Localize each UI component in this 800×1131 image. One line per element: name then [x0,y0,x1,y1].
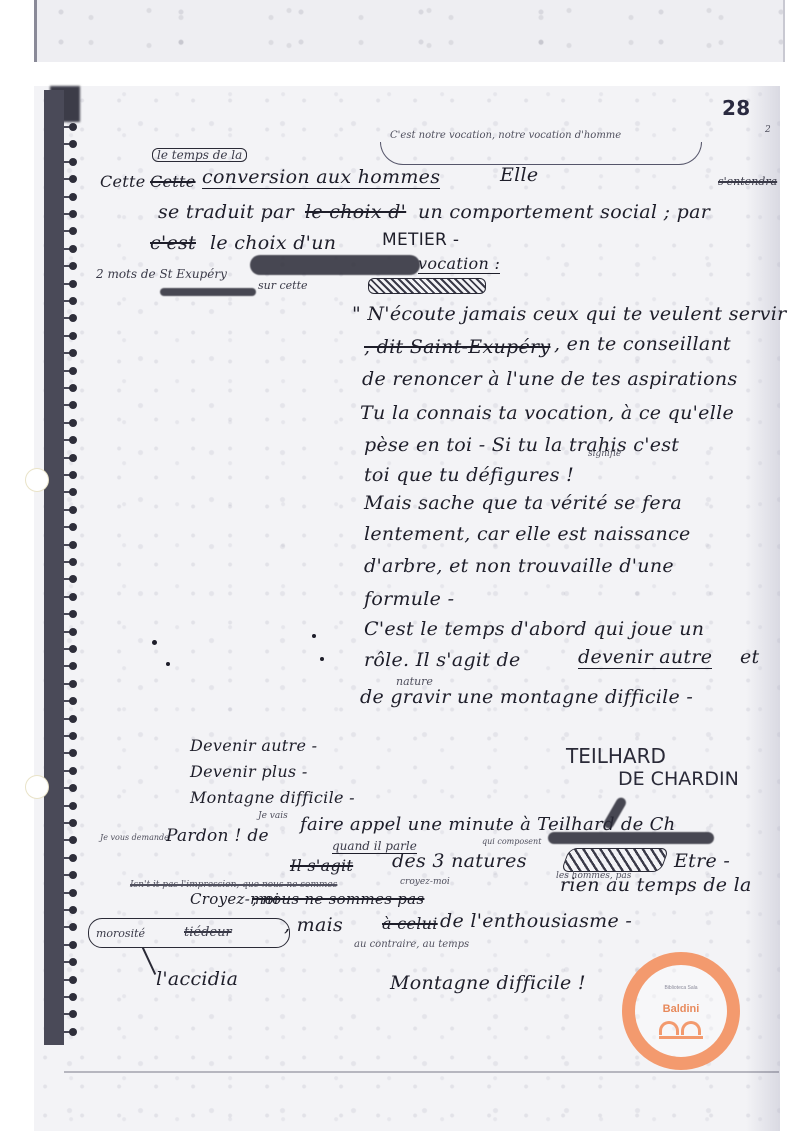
stamp-subtext: Biblioteca Sala [635,985,727,991]
annotation-vocation: C'est notre vocation, notre vocation d'h… [390,131,621,141]
line-devenir-autre-underlined: devenir autre [578,648,712,669]
spiral-ring [60,508,78,513]
line-le-choix-dun: le choix d'un [210,234,336,253]
spiral-ring [60,960,78,965]
annotation-qui-composent: qui composent [482,838,541,846]
line-cette: Cette [100,174,146,190]
annotation-croyez-moi: croyez-moi [400,878,450,887]
spiral-ring [60,908,78,913]
annotation-temps: le temps de la [152,148,247,162]
spiral-ring [60,560,78,565]
line-tu-la-connais: Tu la connais ta vocation, à ce qu'elle [360,404,734,423]
spiral-ring [60,577,78,582]
spiral-ring [60,403,78,408]
scribbled-out-text [250,255,420,275]
spiral-ring [60,838,78,843]
line-mais-sache: Mais sache que ta vérité se fera [364,494,682,513]
annotation-je-vais: Je vais [258,812,288,821]
line-renoncer: de renoncer à l'une de tes aspirations [362,370,738,389]
spiral-ring [60,717,78,722]
spiral-ring [60,473,78,478]
spiral-ring [60,543,78,548]
line-defigures: toi que tu défigures ! [364,466,574,485]
line-vocation: vocation : [418,256,500,274]
spiral-ring [60,247,78,252]
spiral-ring [60,264,78,269]
annotation-je-vous-demande: Je vous demande [100,834,169,842]
line-et: et [740,648,759,667]
spiral-ring [60,821,78,826]
line-mais: , mais [284,916,343,935]
spiral-ring [60,160,78,165]
ink-dot [166,662,170,666]
line-conversion: conversion aux hommes [202,168,440,189]
spiral-ring [60,804,78,809]
spiral-ring [60,978,78,983]
line-cest-le-temps: C'est le temps d'abord qui joue un [364,620,704,639]
line-cest-struck: c'est [150,234,196,253]
page-edge-line [64,1071,779,1073]
spiral-ring [60,351,78,356]
heading-teilhard: TEILHARD [566,746,666,766]
spiral-ring [60,664,78,669]
spiral-ring [60,142,78,147]
line-en-te-conseillant: , en te conseillant [554,335,731,354]
spiral-ring [60,995,78,1000]
spiral-ring [60,386,78,391]
line-nous-ne-sommes-pas-struck: , nous ne sommes pas [252,892,424,907]
annotation-bracket [380,142,702,165]
spiral-ring [60,1030,78,1035]
library-stamp: Biblioteca Sala Baldini [622,952,740,1070]
line-pardon: Pardon ! de [166,828,269,845]
punch-hole [26,776,48,798]
spiral-ring [60,282,78,287]
line-role: rôle. Il s'agit de [364,651,521,670]
spiral-ring [60,682,78,687]
spiral-ring [60,873,78,878]
scribbled-box [368,278,486,294]
line-dit-saint-exupery-struck: , dit Saint-Exupéry [364,338,550,357]
annotation-morosite: morosité [96,928,145,939]
line-devenir-plus: Devenir plus - [190,764,308,780]
line-accidia: l'accidia [156,970,238,989]
line-formule: formule - [364,590,454,609]
spiral-ring [60,612,78,617]
spiral-ring [60,734,78,739]
annotation-impression: Isn't it pas l'impression, que nous ne s… [130,881,337,890]
stamp-label: Baldini [635,1003,727,1015]
heading-de-chardin: DE CHARDIN [618,770,739,789]
spiral-ring [60,421,78,426]
line-enthousiasme: de l'enthousiasme - [440,912,632,931]
line-montagne-difficile: Montagne difficile ! [390,974,586,993]
line-necoute: " N'écoute jamais ceux qui te veulent se… [352,305,786,324]
spiral-ring [60,525,78,530]
line-montagne-difficile-list: Montagne difficile - [190,790,355,806]
line-rien-au-temps: rien au temps de la [560,876,752,895]
spiral-rings [60,125,82,1045]
annotation-sentendra: s'entendra [718,176,777,187]
line-cette-struck: Cette [150,174,196,190]
spiral-ring [60,630,78,635]
line-comportement: un comportement social ; par [418,203,710,222]
line-a-celui-struck: à celui [382,916,438,932]
spiral-ring [60,769,78,774]
spiral-ring [60,229,78,234]
line-se-traduit: se traduit par [158,203,294,222]
spiral-ring [60,369,78,374]
spiral-ring [60,699,78,704]
line-pese-en-toi: pèse en toi - Si tu la trahis c'est [364,436,679,455]
scribbled-arrow [160,288,256,296]
line-tiedeur-struck: tiédeur [184,926,232,939]
spiral-ring [60,334,78,339]
spiral-ring [60,195,78,200]
line-metier: METIER - [382,232,459,249]
spiral-ring [60,125,78,130]
spiral-ring [60,316,78,321]
line-devenir-autre: Devenir autre - [190,738,317,754]
spiral-ring [60,438,78,443]
spiral-ring [60,456,78,461]
spiral-ring [60,751,78,756]
punch-hole [26,469,48,491]
spiral-ring [60,925,78,930]
spiral-ring [60,490,78,495]
line-gravir: de gravir une montagne difficile - [360,688,693,707]
annotation-au-contraire: au contraire, au temps [354,940,469,950]
line-lentement: lentement, car elle est naissance [364,525,691,544]
page-corner-mark: 2 [765,126,771,135]
spiral-ring [60,212,78,217]
ink-dot [312,634,316,638]
ink-dot [152,640,157,645]
line-elle: Elle [500,166,538,185]
scribbled-out-text [548,832,714,844]
spiral-ring [60,786,78,791]
scribbled-box [561,848,670,872]
spiral-ring [60,1012,78,1017]
spiral-ring [60,177,78,182]
spiral-ring [60,943,78,948]
spiral-ring [60,647,78,652]
line-le-choix-struck: le choix d' [305,203,406,222]
annotation-signifie: signifie [588,450,621,459]
spiral-ring [60,856,78,861]
ink-dot [320,657,324,661]
stamp-b-logo-icon [659,1021,703,1039]
page-number: 28 [722,98,750,118]
spiral-ring [60,299,78,304]
spiral-ring [60,595,78,600]
line-darbre: d'arbre, et non trouvaille d'une [364,557,674,576]
line-etre: Etre - [674,852,730,871]
annotation-saint-exupery: 2 mots de St Exupéry [96,268,227,280]
line-des-3-natures: des 3 natures [392,852,527,871]
annotation-sur-cette: sur cette [258,280,308,291]
previous-page-strip [34,0,785,62]
spiral-ring [60,891,78,896]
line-il-sagit-struck: Il s'agit [290,858,353,874]
